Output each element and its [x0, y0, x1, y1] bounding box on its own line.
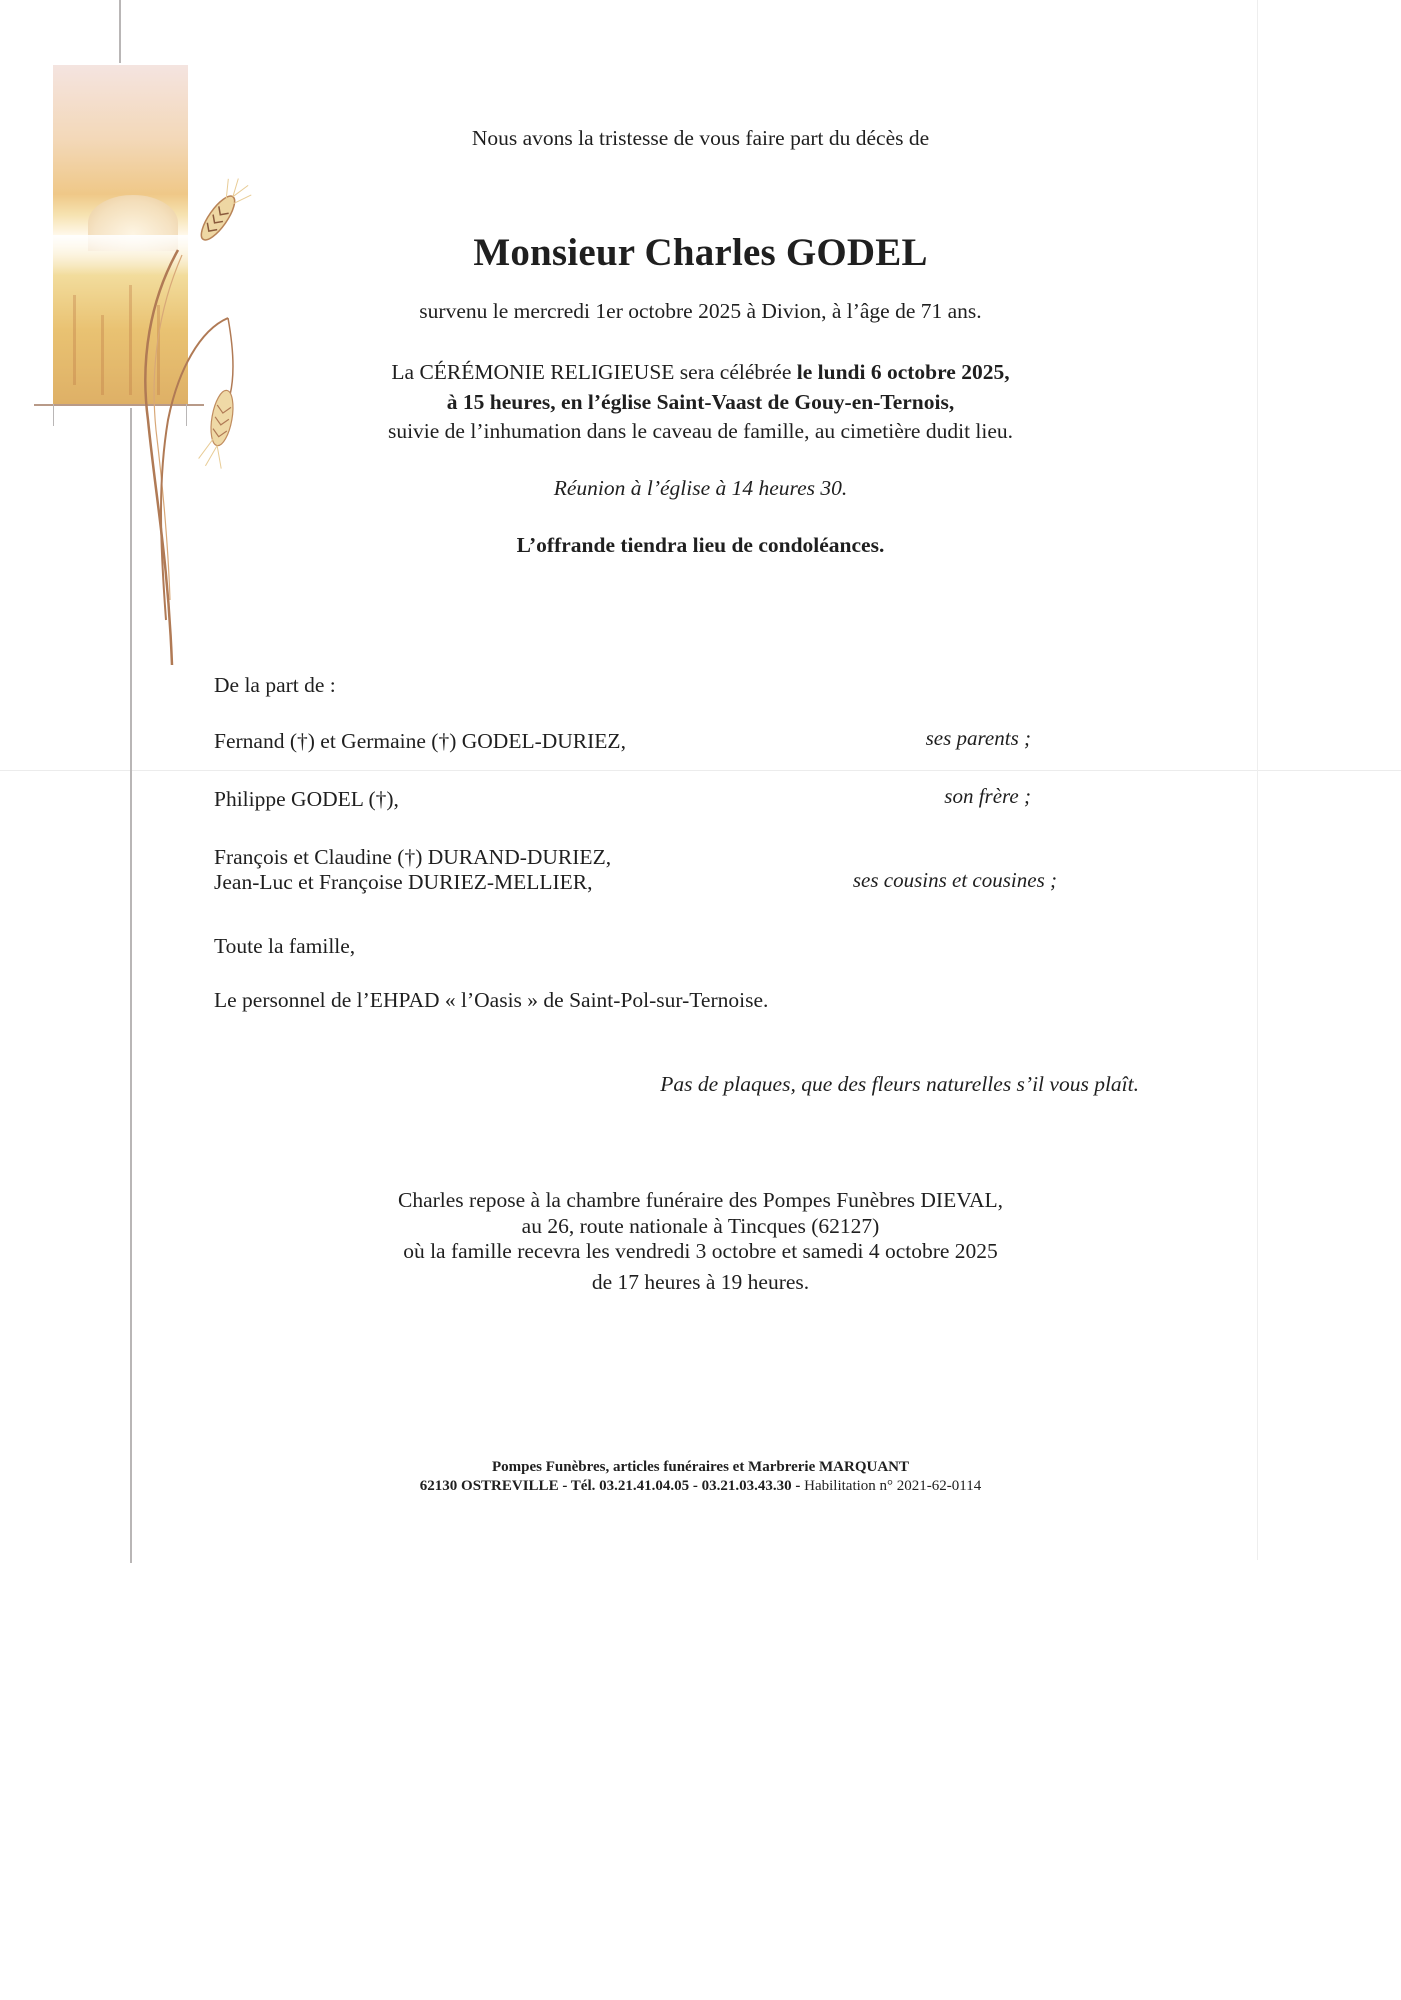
funeral-license: Habilitation n° 2021-62-0114 — [804, 1478, 981, 1494]
family-entry-brother: Philippe GODEL (†), — [214, 787, 399, 812]
flowers-note: Pas de plaques, que des fleurs naturelle… — [660, 1072, 1139, 1097]
ceremony-date: le lundi 6 octobre 2025, — [797, 360, 1010, 384]
whole-family: Toute la famille, — [214, 934, 355, 959]
ceremony-line-1: La CÉRÉMONIE RELIGIEUSE sera célébrée le… — [0, 362, 1401, 384]
wheat-stalks-icon — [0, 0, 320, 700]
offering-note: L’offrande tiendra lieu de condoléances. — [0, 535, 1401, 557]
family-entry-cousins-2: Jean-Luc et Françoise DURIEZ-MELLIER, — [214, 870, 593, 895]
relation-parents: ses parents ; — [926, 726, 1031, 751]
funeral-contact-phones: 62130 OSTREVILLE - Tél. 03.21.41.04.05 -… — [420, 1478, 804, 1494]
intro-text: Nous avons la tristesse de vous faire pa… — [0, 128, 1401, 150]
relation-brother: son frère ; — [944, 784, 1031, 809]
funeral-contact: 62130 OSTREVILLE - Tél. 03.21.41.04.05 -… — [0, 1479, 1401, 1494]
relation-cousins: ses cousins et cousines ; — [853, 868, 1057, 893]
visitation-line-4: de 17 heures à 19 heures. — [0, 1272, 1401, 1294]
ceremony-line-3: suivie de l’inhumation dans le caveau de… — [0, 421, 1401, 443]
from-label: De la part de : — [214, 673, 336, 698]
ceremony-intro: La CÉRÉMONIE RELIGIEUSE sera célébrée — [391, 360, 796, 384]
ceremony-line-2: à 15 heures, en l’église Saint-Vaast de … — [0, 392, 1401, 414]
paper-fold-line — [0, 770, 1401, 771]
family-entry-cousins-1: François et Claudine (†) DURAND-DURIEZ, — [214, 845, 611, 870]
ehpad-staff: Le personnel de l’EHPAD « l’Oasis » de S… — [214, 988, 768, 1013]
visitation-line-1: Charles repose à la chambre funéraire de… — [0, 1190, 1401, 1212]
visitation-line-2: au 26, route nationale à Tincques (62127… — [0, 1216, 1401, 1238]
death-info: survenu le mercredi 1er octobre 2025 à D… — [0, 301, 1401, 323]
deceased-name: Monsieur Charles GODEL — [0, 230, 1401, 275]
visitation-line-3: où la famille recevra les vendredi 3 oct… — [0, 1241, 1401, 1263]
funeral-company: Pompes Funèbres, articles funéraires et … — [0, 1460, 1401, 1475]
meeting-note: Réunion à l’église à 14 heures 30. — [0, 478, 1401, 500]
family-entry-parents: Fernand (†) et Germaine (†) GODEL-DURIEZ… — [214, 729, 626, 754]
